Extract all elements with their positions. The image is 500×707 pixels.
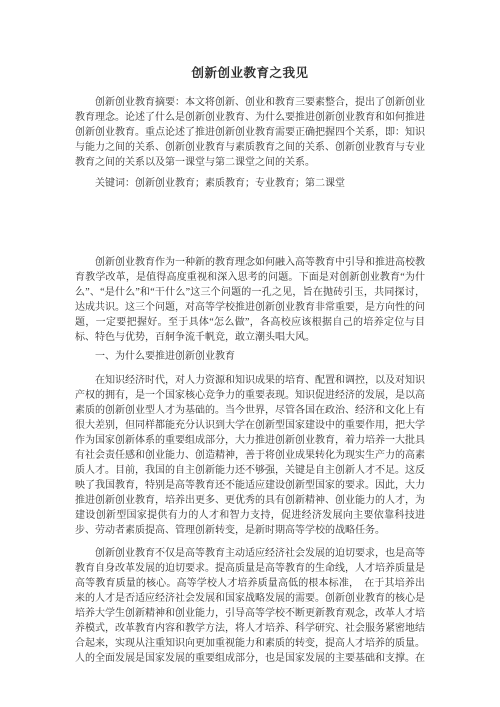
document-page: 创新创业教育之我见 创新创业教育摘要：本文将创新、创业和教育三要素整合，提出了创…: [0, 0, 500, 707]
intro-paragraph: 创新创业教育作为一种新的教育理念如何融入高等教育中引导和推进高校教育教学改革，是…: [75, 255, 425, 345]
section-1-paragraph-1: 在知识经济时代，对人力资源和知识成果的培育、配置和调控，以及对知识产权的拥有，是…: [75, 373, 425, 538]
document-title: 创新创业教育之我见: [75, 66, 425, 81]
keywords-line: 关键词：创新创业教育；素质教育；专业教育；第二课堂: [75, 176, 425, 191]
abstract-paragraph: 创新创业教育摘要：本文将创新、创业和教育三要素整合，提出了创新创业教育理念。论述…: [75, 95, 425, 170]
section-1-heading: 一、为什么要推进创新创业教育: [75, 349, 425, 364]
section-1-paragraph-2: 创新创业教育不仅是高等教育主动适应经济社会发展的迫切要求，也是高等教育自身改革发…: [75, 546, 425, 666]
